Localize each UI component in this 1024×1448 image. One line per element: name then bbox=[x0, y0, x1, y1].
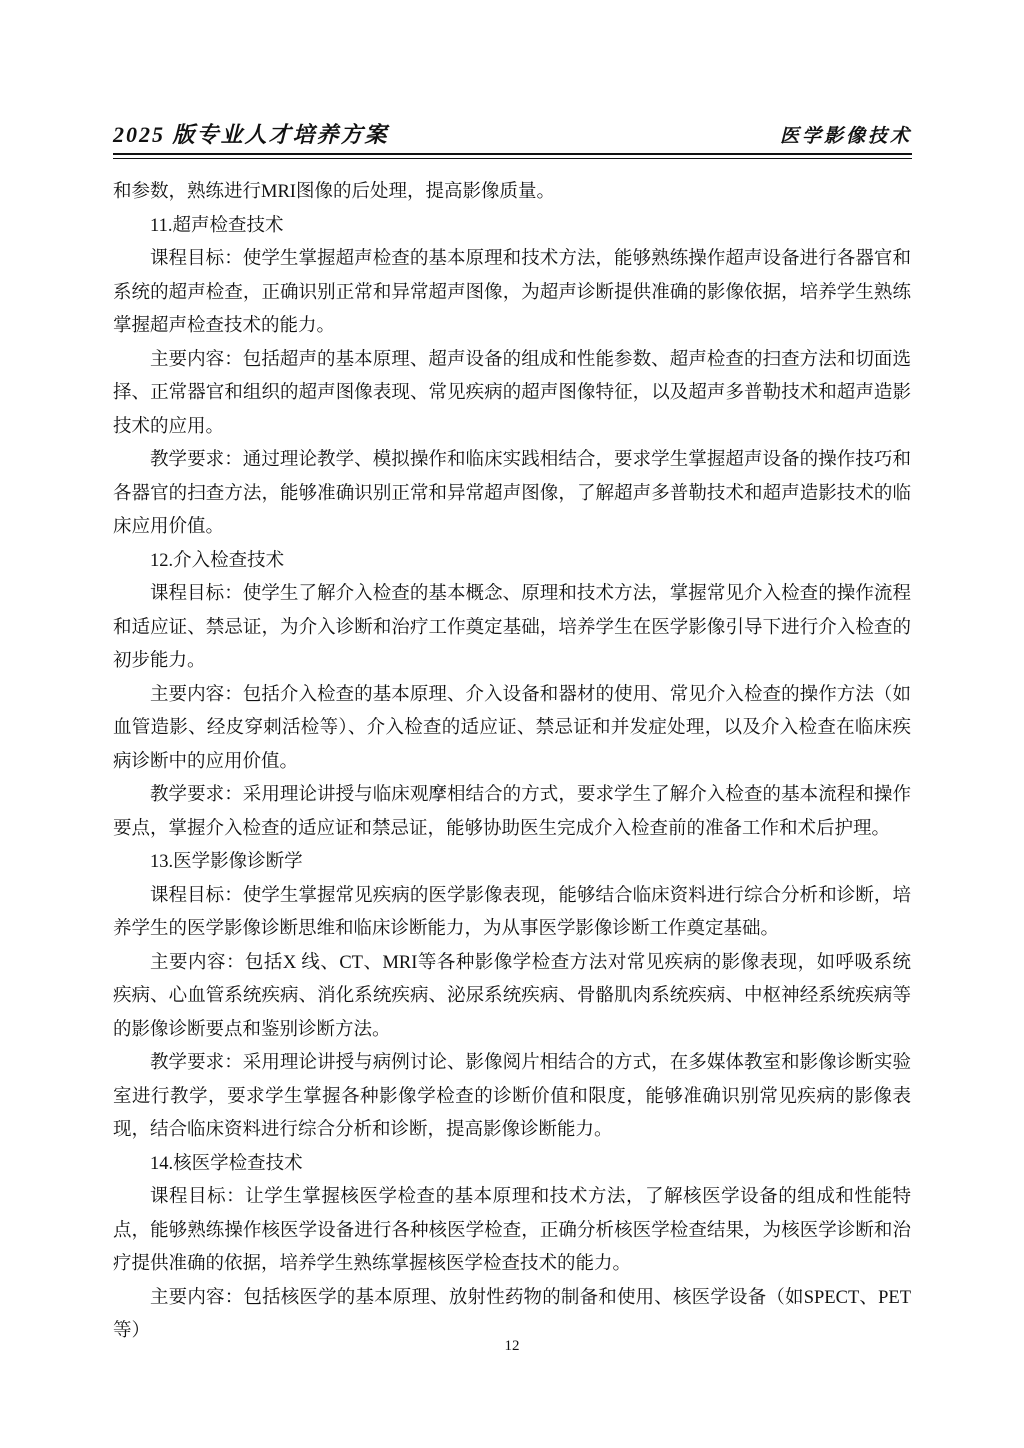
header-row: 2025 版专业人才培养方案 医学影像技术 bbox=[113, 118, 912, 149]
page-header: 2025 版专业人才培养方案 医学影像技术 bbox=[113, 118, 912, 159]
header-double-rule bbox=[113, 153, 912, 159]
paragraph: 主要内容：包括X 线、CT、MRI等各种影像学检查方法对常见疾病的影像表现，如呼… bbox=[113, 947, 911, 1048]
header-left-title: 2025 版专业人才培养方案 bbox=[113, 118, 389, 149]
paragraph: 11.超声检查技术 bbox=[113, 210, 911, 244]
paragraph: 主要内容：包括超声的基本原理、超声设备的组成和性能参数、超声检查的扫查方法和切面… bbox=[113, 344, 911, 445]
paragraph: 13.医学影像诊断学 bbox=[113, 846, 911, 880]
paragraph: 课程目标：使学生掌握常见疾病的医学影像表现，能够结合临床资料进行综合分析和诊断，… bbox=[113, 880, 911, 947]
page-number: 12 bbox=[505, 1338, 520, 1354]
document-page: 2025 版专业人才培养方案 医学影像技术 和参数，熟练进行MRI图像的后处理，… bbox=[0, 0, 1024, 1448]
document-body: 和参数，熟练进行MRI图像的后处理，提高影像质量。 11.超声检查技术 课程目标… bbox=[113, 176, 911, 1349]
paragraph: 主要内容：包括介入检查的基本原理、介入设备和器材的使用、常见介入检查的操作方法（… bbox=[113, 679, 911, 780]
paragraph: 和参数，熟练进行MRI图像的后处理，提高影像质量。 bbox=[113, 176, 911, 210]
paragraph: 12.介入检查技术 bbox=[113, 545, 911, 579]
paragraph: 课程目标：使学生了解介入检查的基本概念、原理和技术方法，掌握常见介入检查的操作流… bbox=[113, 578, 911, 679]
header-right-title: 医学影像技术 bbox=[780, 121, 912, 148]
paragraph: 教学要求：采用理论讲授与临床观摩相结合的方式，要求学生了解介入检查的基本流程和操… bbox=[113, 779, 911, 846]
paragraph: 课程目标：让学生掌握核医学检查的基本原理和技术方法，了解核医学设备的组成和性能特… bbox=[113, 1181, 911, 1282]
paragraph: 课程目标：使学生掌握超声检查的基本原理和技术方法，能够熟练操作超声设备进行各器官… bbox=[113, 243, 911, 344]
paragraph: 教学要求：采用理论讲授与病例讨论、影像阅片相结合的方式，在多媒体教室和影像诊断实… bbox=[113, 1047, 911, 1148]
page-footer: 12 bbox=[0, 1337, 1024, 1355]
paragraph: 教学要求：通过理论教学、模拟操作和临床实践相结合，要求学生掌握超声设备的操作技巧… bbox=[113, 444, 911, 545]
paragraph: 14.核医学检查技术 bbox=[113, 1148, 911, 1182]
